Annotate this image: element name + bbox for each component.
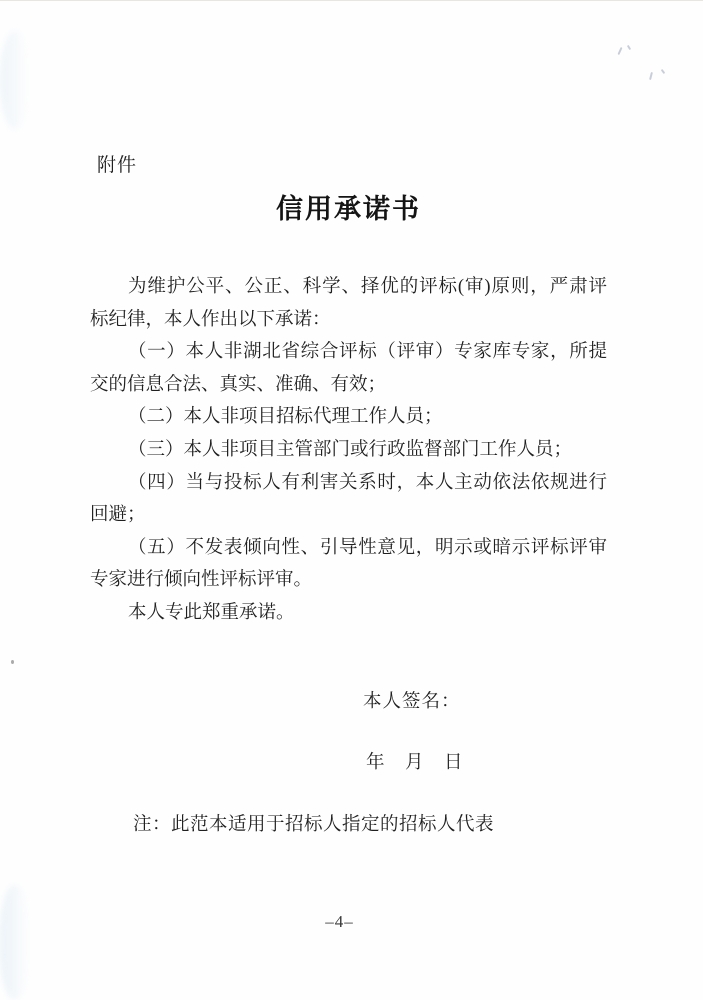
body-line: （一）本人非湖北省综合评标（评审）专家库专家，所提: [90, 336, 607, 369]
scan-edge-line: [0, 0, 703, 1]
scan-smudge: [0, 30, 30, 130]
date-line: 年 月 日: [366, 748, 464, 774]
body-line: 回避；: [90, 499, 607, 532]
body-line: 专家进行倾向性评标评审。: [90, 564, 607, 597]
body-text: 为维护公平、公正、科学、择优的评标(审)原则，严肃评 标纪律，本人作出以下承诺：…: [90, 271, 607, 630]
scan-smudge: [0, 885, 30, 1000]
signature-label: 本人签名：: [363, 687, 461, 713]
document-page: 附件 信用承诺书 为维护公平、公正、科学、择优的评标(审)原则，严肃评 标纪律，…: [0, 0, 703, 1000]
page-title: 信用承诺书: [90, 187, 607, 226]
page-number: –4–: [0, 912, 691, 932]
scan-artifact: [661, 69, 666, 74]
body-line: 本人专此郑重承诺。: [90, 597, 607, 630]
body-line: 标纪律，本人作出以下承诺：: [90, 304, 607, 337]
scan-artifact: [649, 72, 653, 80]
body-line: 交的信息合法、真实、准确、有效；: [90, 369, 607, 402]
scan-artifact: [617, 47, 622, 55]
scan-artifact: [627, 45, 631, 50]
body-line: （五）不发表倾向性、引导性意见，明示或暗示评标评审: [90, 532, 607, 565]
note-line: 注：此范本适用于招标人指定的招标人代表: [133, 810, 494, 836]
body-line: （四）当与投标人有利害关系时，本人主动依法依规进行: [90, 467, 607, 500]
body-line: 为维护公平、公正、科学、择优的评标(审)原则，严肃评: [90, 271, 607, 304]
body-line: （三）本人非项目主管部门或行政监督部门工作人员；: [90, 434, 607, 467]
attachment-label: 附件: [97, 150, 137, 177]
body-line: （二）本人非项目招标代理工作人员；: [90, 401, 607, 434]
scan-artifact-dot: [11, 660, 14, 664]
